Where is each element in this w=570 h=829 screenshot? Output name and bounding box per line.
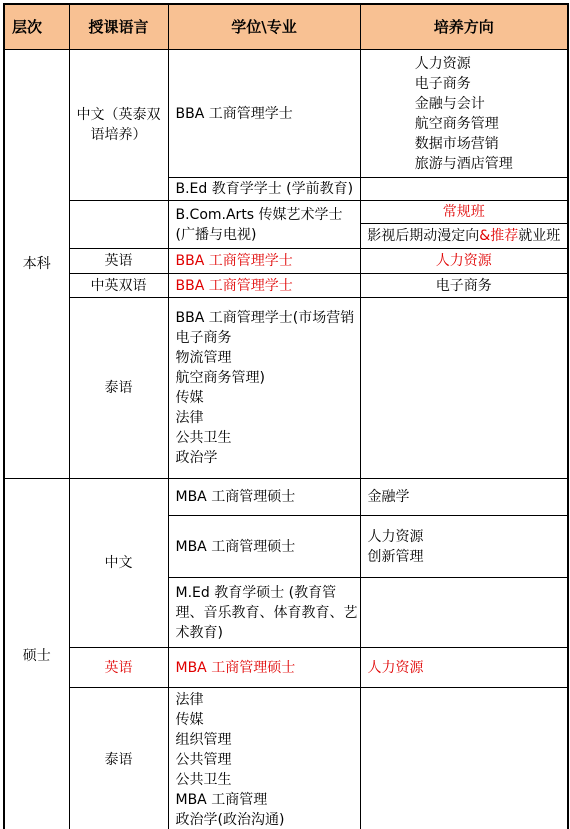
lang-thai-master: 泰语	[69, 688, 168, 829]
degree-mba-english: MBA 工商管理硕士	[168, 648, 360, 688]
direction-empty-1	[360, 178, 568, 201]
direction-hr-innovation: 人力资源创新管理	[360, 516, 568, 578]
direction-film-animation-class: 影视后期动漫定向&推荐就业班	[360, 224, 568, 249]
degree-bcomarts-bachelor: B.Com.Arts 传媒艺术学士(广播与电视)	[168, 201, 360, 249]
header-level: 层次	[4, 4, 69, 50]
level-undergraduate: 本科	[4, 50, 69, 479]
lang-chinese-english: 中英双语	[69, 274, 168, 298]
direction-finance: 金融学	[360, 479, 568, 516]
direction-ecommerce: 电子商务	[360, 274, 568, 298]
direction-hr-master: 人力资源	[360, 648, 568, 688]
direction-hr-undergrad: 人力资源	[360, 249, 568, 274]
lang-thai-undergrad: 泰语	[69, 298, 168, 479]
degree-med-master: M.Ed 教育学硕士 (教育管理、音乐教育、体育教育、艺术教育)	[168, 578, 360, 648]
direction-empty-4	[360, 688, 568, 829]
degree-mba-1: MBA 工商管理硕士	[168, 479, 360, 516]
header-degree-major: 学位\专业	[168, 4, 360, 50]
level-master: 硕士	[4, 479, 69, 829]
direction-empty-3	[360, 578, 568, 648]
direction-bba-list: 人力资源电子商务金融与会计航空商务管理数据市场营销旅游与酒店管理	[360, 50, 568, 178]
degree-bed-bachelor: B.Ed 教育学学士 (学前教育)	[168, 178, 360, 201]
lang-english-master: 英语	[69, 648, 168, 688]
header-direction: 培养方向	[360, 4, 568, 50]
degree-bba-english: BBA 工商管理学士	[168, 249, 360, 274]
header-language: 授课语言	[69, 4, 168, 50]
lang-english-undergrad: 英语	[69, 249, 168, 274]
direction-regular-class: 常规班	[360, 201, 568, 224]
table-header-row: 层次授课语言学位\专业培养方向	[4, 4, 568, 50]
direction-empty-2	[360, 298, 568, 479]
program-table: 层次授课语言学位\专业培养方向 本科中文（英泰双语培养）BBA 工商管理学士人力…	[3, 3, 569, 829]
degree-mba-2: MBA 工商管理硕士	[168, 516, 360, 578]
degree-bba-bachelor: BBA 工商管理学士	[168, 50, 360, 178]
lang-empty	[69, 201, 168, 249]
lang-chinese-master: 中文	[69, 479, 168, 648]
degree-thai-master-list: 法律传媒组织管理公共管理公共卫生MBA 工商管理政治学(政治沟通)	[168, 688, 360, 829]
lang-chinese-en-thai-bilingual: 中文（英泰双语培养）	[69, 50, 168, 201]
degree-thai-undergrad-list: BBA 工商管理学士(市场营销电子商务物流管理航空商务管理)传媒法律公共卫生政治…	[168, 298, 360, 479]
degree-bba-cn-en: BBA 工商管理学士	[168, 274, 360, 298]
